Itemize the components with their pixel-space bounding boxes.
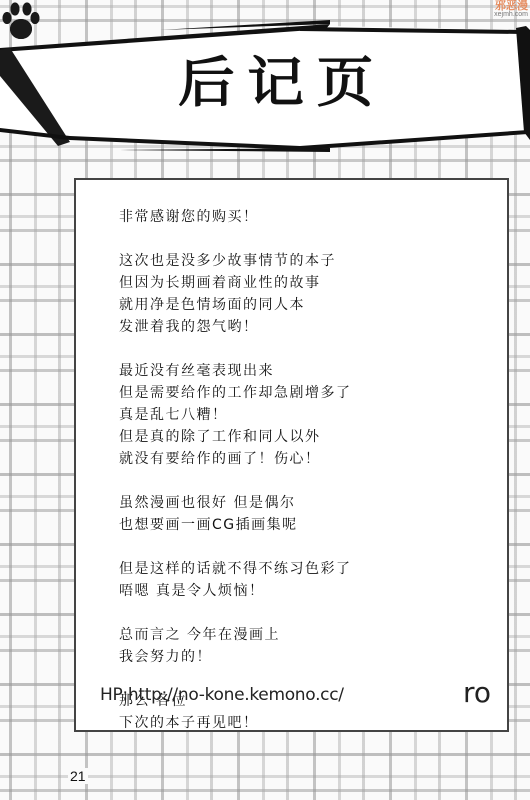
afterword-box: 非常感谢您的购买！ 这次也是没多少故事情节的本子 但因为长期画着商业性的故事 就…: [74, 178, 509, 732]
text-line: 下次的本子再见吧！: [119, 712, 352, 734]
paw-print-icon: [0, 0, 42, 40]
text-line: 唔嗯 真是令人烦恼！: [119, 580, 352, 602]
text-line: 但是真的除了工作和同人以外: [119, 426, 352, 448]
homepage-link[interactable]: HP:http://no-kone.kemono.cc/: [100, 685, 344, 705]
title-banner: 后记页: [0, 0, 530, 160]
author-signature: ro: [463, 676, 491, 709]
page-title: 后记页: [178, 56, 386, 110]
text-line: 最近没有丝毫表现出来: [119, 360, 352, 382]
text-line: 我会努力的！: [119, 646, 352, 668]
text-line: 但是这样的话就不得不练习色彩了: [119, 558, 352, 580]
text-line: 非常感谢您的购买！: [119, 206, 352, 228]
text-line: 但是需要给作的工作却急剧增多了: [119, 382, 352, 404]
text-line: 真是乱七八糟！: [119, 404, 352, 426]
text-line: 这次也是没多少故事情节的本子: [119, 250, 352, 272]
text-line: 但因为长期画着商业性的故事: [119, 272, 352, 294]
text-line: 总而言之 今年在漫画上: [119, 624, 352, 646]
text-line: 虽然漫画也很好 但是偶尔: [119, 492, 352, 514]
page-number: 21: [68, 768, 88, 784]
afterword-text: 非常感谢您的购买！ 这次也是没多少故事情节的本子 但因为长期画着商业性的故事 就…: [119, 206, 352, 734]
text-line: 发泄着我的怨气哟！: [119, 316, 352, 338]
text-line: 就没有要给作的画了！伤心！: [119, 448, 352, 470]
text-line: 也想要画一画CG插画集呢: [119, 514, 352, 536]
text-line: 就用净是色情场面的同人本: [119, 294, 352, 316]
